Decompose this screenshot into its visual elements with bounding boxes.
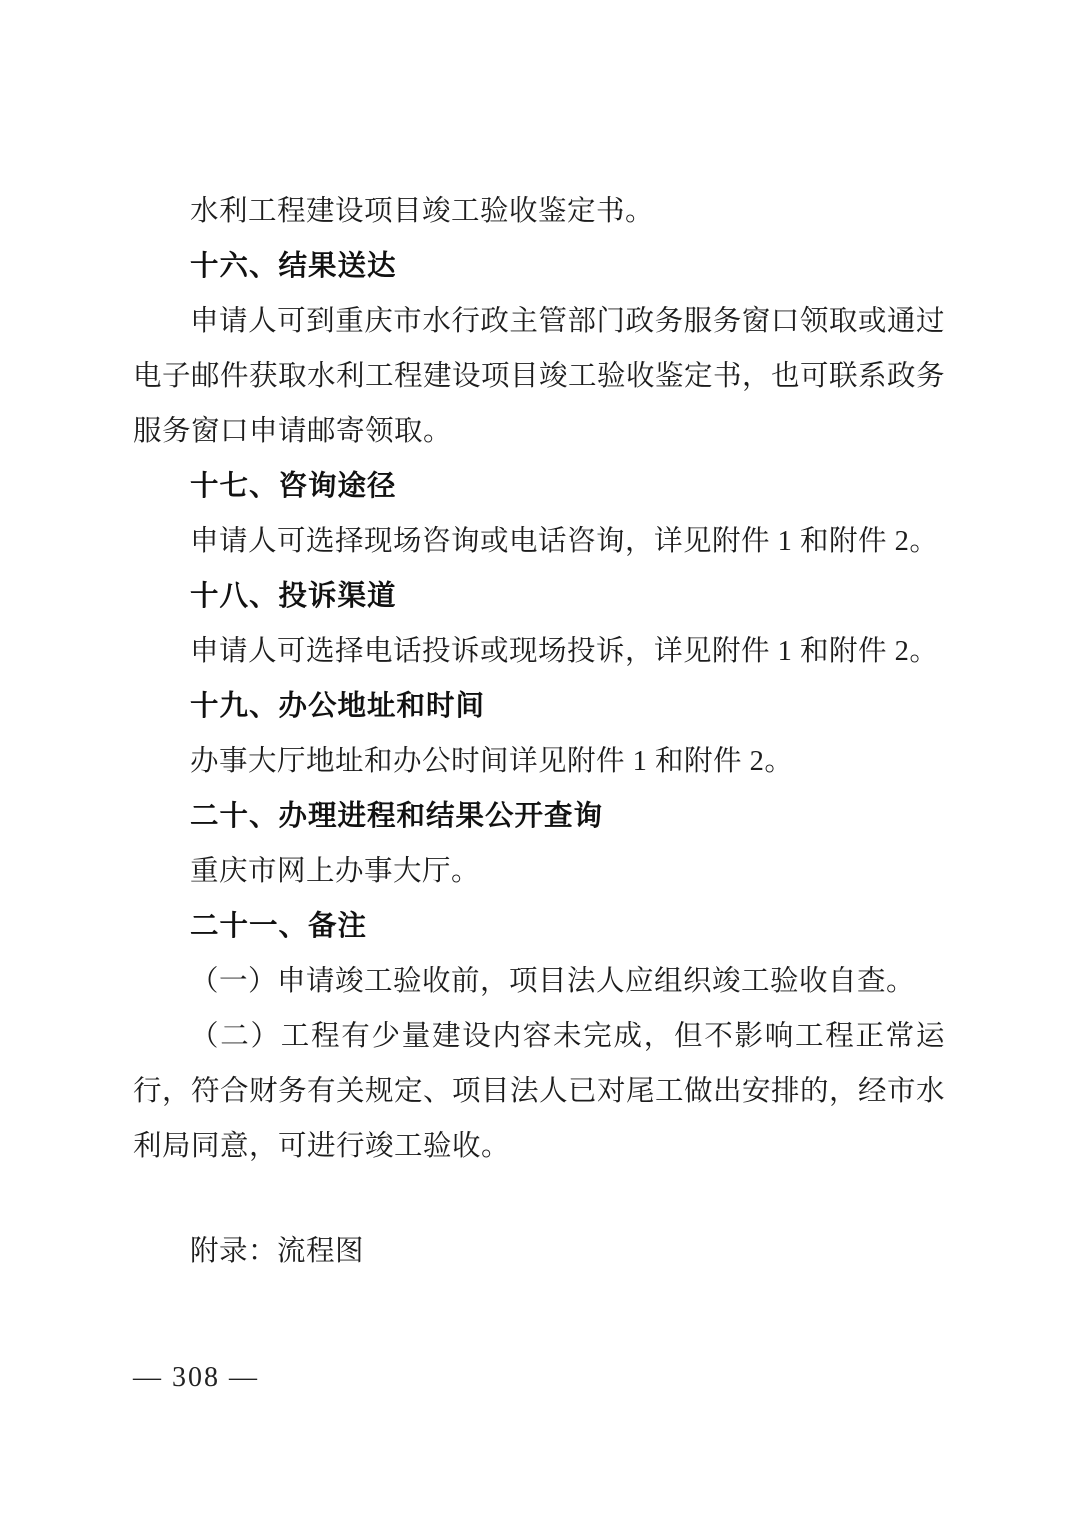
paragraph-continuation: 水利工程建设项目竣工验收鉴定书。: [133, 184, 945, 239]
document-content: 水利工程建设项目竣工验收鉴定书。 十六、结果送达 申请人可到重庆市水行政主管部门…: [133, 184, 945, 1279]
paragraph-remark-1: （一）申请竣工验收前，项目法人应组织竣工验收自查。: [133, 954, 945, 1009]
section-heading-16-result-delivery: 十六、结果送达: [133, 239, 945, 294]
paragraph-consultation-channels: 申请人可选择现场咨询或电话咨询，详见附件 1 和附件 2。: [133, 514, 945, 569]
paragraph-appendix-flowchart: 附录：流程图: [133, 1224, 945, 1279]
paragraph-remark-2: （二）工程有少量建设内容未完成，但不影响工程正常运行，符合财务有关规定、项目法人…: [133, 1009, 945, 1174]
paragraph-office-address-time: 办事大厅地址和办公时间详见附件 1 和附件 2。: [133, 734, 945, 789]
section-heading-17-consultation-channels: 十七、咨询途径: [133, 459, 945, 514]
section-heading-18-complaint-channels: 十八、投诉渠道: [133, 569, 945, 624]
section-heading-19-office-address-time: 十九、办公地址和时间: [133, 679, 945, 734]
section-heading-20-progress-query: 二十、办理进程和结果公开查询: [133, 789, 945, 844]
section-heading-21-remarks: 二十一、备注: [133, 899, 945, 954]
page-number: — 308 —: [133, 1362, 259, 1394]
document-page: 水利工程建设项目竣工验收鉴定书。 十六、结果送达 申请人可到重庆市水行政主管部门…: [0, 0, 1075, 1519]
paragraph-progress-query: 重庆市网上办事大厅。: [133, 844, 945, 899]
paragraph-complaint-channels: 申请人可选择电话投诉或现场投诉，详见附件 1 和附件 2。: [133, 624, 945, 679]
paragraph-result-delivery: 申请人可到重庆市水行政主管部门政务服务窗口领取或通过电子邮件获取水利工程建设项目…: [133, 294, 945, 459]
